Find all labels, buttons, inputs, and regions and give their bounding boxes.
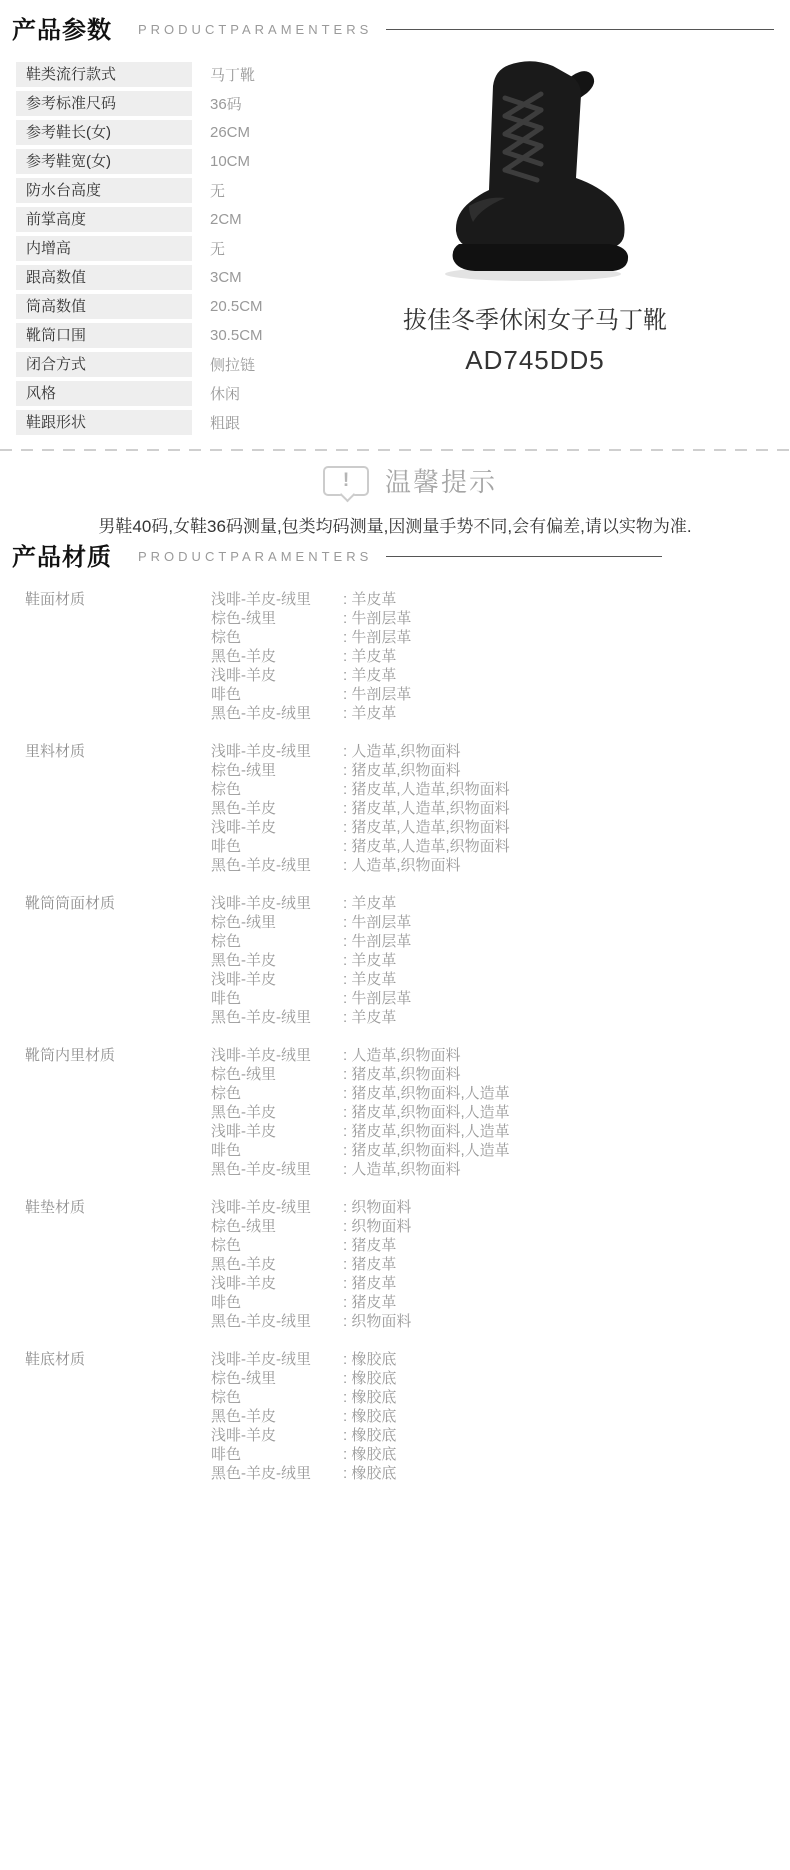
material-variant: 浅啡-羊皮-绒里 bbox=[211, 1198, 343, 1217]
material-variant: 黑色-羊皮 bbox=[211, 1103, 343, 1122]
spec-table: 鞋类流行款式 马丁靴 参考标准尺码 36码 参考鞋长(女) 26CM 参考鞋宽(… bbox=[16, 62, 376, 439]
material-variant: 棕色-绒里 bbox=[211, 609, 343, 628]
material-value: 猪皮革 bbox=[343, 1255, 396, 1274]
material-value: 猪皮革 bbox=[343, 1236, 396, 1255]
spec-value: 36码 bbox=[210, 93, 242, 114]
material-variant: 浅啡-羊皮-绒里 bbox=[211, 1350, 343, 1369]
material-line: 浅啡-羊皮-绒里人造革,织物面料 bbox=[211, 1046, 765, 1065]
material-line: 棕色-绒里牛剖层革 bbox=[211, 913, 765, 932]
material-variant: 棕色 bbox=[211, 1388, 343, 1407]
material-block: 靴筒内里材质 浅啡-羊皮-绒里人造革,织物面料 棕色-绒里猪皮革,织物面料 棕色… bbox=[25, 1046, 765, 1179]
spec-value: 30.5CM bbox=[210, 327, 263, 344]
material-line: 浅啡-羊皮-绒里人造革,织物面料 bbox=[211, 742, 765, 761]
material-label: 里料材质 bbox=[25, 742, 211, 761]
material-line: 棕色猪皮革 bbox=[211, 1236, 765, 1255]
material-label: 鞋垫材质 bbox=[25, 1198, 211, 1217]
material-value: 橡胶底 bbox=[343, 1407, 396, 1426]
material-value: 橡胶底 bbox=[343, 1426, 396, 1445]
material-value: 猪皮革,织物面料 bbox=[343, 1065, 461, 1084]
material-value: 牛剖层革 bbox=[343, 609, 411, 628]
material-variant: 棕色-绒里 bbox=[211, 1065, 343, 1084]
table-row: 参考鞋宽(女) 10CM bbox=[16, 149, 376, 174]
material-variant: 黑色-羊皮 bbox=[211, 951, 343, 970]
material-value: 羊皮革 bbox=[343, 666, 396, 685]
material-variant: 浅啡-羊皮-绒里 bbox=[211, 742, 343, 761]
material-value: 人造革,织物面料 bbox=[343, 1160, 461, 1179]
spec-label: 鞋类流行款式 bbox=[16, 62, 192, 87]
material-value: 织物面料 bbox=[343, 1217, 411, 1236]
material-line: 棕色-绒里猪皮革,织物面料 bbox=[211, 761, 765, 780]
notice-body: 男鞋40码,女鞋36码测量,包类均码测量,因测量手势不同,会有偏差,请以实物为准… bbox=[0, 512, 790, 537]
notice-section: ! 温馨提示 男鞋40码,女鞋36码测量,包类均码测量,因测量手势不同,会有偏差… bbox=[0, 462, 790, 537]
material-variant: 黑色-羊皮-绒里 bbox=[211, 856, 343, 875]
table-row: 靴筒口围 30.5CM bbox=[16, 323, 376, 348]
material-label: 鞋面材质 bbox=[25, 590, 211, 609]
material-line: 黑色-羊皮-绒里羊皮革 bbox=[211, 704, 765, 723]
material-value: 羊皮革 bbox=[343, 970, 396, 989]
product-panel: 拔佳冬季休闲女子马丁靴 AD745DD5 bbox=[390, 56, 680, 376]
material-value: 猪皮革,织物面料 bbox=[343, 761, 461, 780]
material-value: 猪皮革,人造革,织物面料 bbox=[343, 780, 510, 799]
material-value: 猪皮革,人造革,织物面料 bbox=[343, 837, 510, 856]
section-header-materials: 产品材质 PRODUCTPARAMENTERS bbox=[12, 537, 662, 572]
material-label: 靴筒内里材质 bbox=[25, 1046, 211, 1065]
material-variant: 棕色 bbox=[211, 628, 343, 647]
material-line: 黑色-羊皮-绒里人造革,织物面料 bbox=[211, 856, 765, 875]
material-value: 橡胶底 bbox=[343, 1388, 396, 1407]
material-variant: 浅啡-羊皮-绒里 bbox=[211, 894, 343, 913]
material-value: 橡胶底 bbox=[343, 1350, 396, 1369]
spec-label: 前掌高度 bbox=[16, 207, 192, 232]
material-lines: 浅啡-羊皮-绒里羊皮革 棕色-绒里牛剖层革 棕色牛剖层革 黑色-羊皮羊皮革 浅啡… bbox=[211, 894, 765, 1027]
material-variant: 棕色 bbox=[211, 1236, 343, 1255]
material-variant: 啡色 bbox=[211, 989, 343, 1008]
material-value: 猪皮革 bbox=[343, 1274, 396, 1293]
table-row: 前掌高度 2CM bbox=[16, 207, 376, 232]
spec-label: 靴筒口围 bbox=[16, 323, 192, 348]
material-label: 靴筒筒面材质 bbox=[25, 894, 211, 913]
material-line: 浅啡-羊皮猪皮革,织物面料,人造革 bbox=[211, 1122, 765, 1141]
material-line: 啡色猪皮革,织物面料,人造革 bbox=[211, 1141, 765, 1160]
material-block: 靴筒筒面材质 浅啡-羊皮-绒里羊皮革 棕色-绒里牛剖层革 棕色牛剖层革 黑色-羊… bbox=[25, 894, 765, 1027]
material-variant: 浅啡-羊皮 bbox=[211, 818, 343, 837]
material-value: 猪皮革,织物面料,人造革 bbox=[343, 1141, 510, 1160]
material-variant: 棕色 bbox=[211, 1084, 343, 1103]
spec-label: 闭合方式 bbox=[16, 352, 192, 377]
material-variant: 棕色-绒里 bbox=[211, 913, 343, 932]
material-variant: 黑色-羊皮-绒里 bbox=[211, 1312, 343, 1331]
materials-section: 鞋面材质 浅啡-羊皮-绒里羊皮革 棕色-绒里牛剖层革 棕色牛剖层革 黑色-羊皮羊… bbox=[25, 583, 765, 1502]
notice-title: 温馨提示 bbox=[385, 462, 497, 499]
material-line: 啡色橡胶底 bbox=[211, 1445, 765, 1464]
material-line: 棕色牛剖层革 bbox=[211, 628, 765, 647]
material-line: 棕色-绒里牛剖层革 bbox=[211, 609, 765, 628]
material-value: 猪皮革,人造革,织物面料 bbox=[343, 799, 510, 818]
spec-value: 休闲 bbox=[210, 383, 240, 404]
material-value: 羊皮革 bbox=[343, 590, 396, 609]
spec-value: 无 bbox=[210, 180, 225, 201]
material-value: 橡胶底 bbox=[343, 1445, 396, 1464]
product-image-boot bbox=[429, 56, 641, 284]
material-line: 浅啡-羊皮羊皮革 bbox=[211, 970, 765, 989]
material-line: 棕色牛剖层革 bbox=[211, 932, 765, 951]
spec-value: 2CM bbox=[210, 211, 242, 228]
material-line: 浅啡-羊皮橡胶底 bbox=[211, 1426, 765, 1445]
material-line: 黑色-羊皮猪皮革,织物面料,人造革 bbox=[211, 1103, 765, 1122]
spec-value: 20.5CM bbox=[210, 298, 263, 315]
material-value: 人造革,织物面料 bbox=[343, 742, 461, 761]
material-lines: 浅啡-羊皮-绒里羊皮革 棕色-绒里牛剖层革 棕色牛剖层革 黑色-羊皮羊皮革 浅啡… bbox=[211, 590, 765, 723]
material-line: 浅啡-羊皮猪皮革,人造革,织物面料 bbox=[211, 818, 765, 837]
table-row: 参考鞋长(女) 26CM bbox=[16, 120, 376, 145]
material-line: 啡色猪皮革 bbox=[211, 1293, 765, 1312]
material-value: 羊皮革 bbox=[343, 704, 396, 723]
material-variant: 浅啡-羊皮-绒里 bbox=[211, 1046, 343, 1065]
material-line: 浅啡-羊皮-绒里织物面料 bbox=[211, 1198, 765, 1217]
table-row: 风格 休闲 bbox=[16, 381, 376, 406]
table-row: 防水台高度 无 bbox=[16, 178, 376, 203]
material-variant: 啡色 bbox=[211, 1445, 343, 1464]
exclamation-bubble-icon: ! bbox=[323, 466, 369, 496]
material-variant: 棕色-绒里 bbox=[211, 1217, 343, 1236]
material-block: 鞋底材质 浅啡-羊皮-绒里橡胶底 棕色-绒里橡胶底 棕色橡胶底 黑色-羊皮橡胶底… bbox=[25, 1350, 765, 1483]
material-line: 棕色猪皮革,人造革,织物面料 bbox=[211, 780, 765, 799]
material-value: 猪皮革 bbox=[343, 1293, 396, 1312]
material-line: 黑色-羊皮猪皮革,人造革,织物面料 bbox=[211, 799, 765, 818]
section-title-zh: 产品参数 bbox=[12, 10, 112, 45]
section-header-parameters: 产品参数 PRODUCTPARAMENTERS bbox=[12, 10, 774, 45]
material-line: 棕色-绒里织物面料 bbox=[211, 1217, 765, 1236]
material-variant: 棕色 bbox=[211, 932, 343, 951]
material-line: 黑色-羊皮羊皮革 bbox=[211, 647, 765, 666]
material-value: 织物面料 bbox=[343, 1198, 411, 1217]
notice-header: ! 温馨提示 bbox=[0, 462, 790, 499]
material-line: 浅啡-羊皮-绒里羊皮革 bbox=[211, 894, 765, 913]
material-line: 棕色橡胶底 bbox=[211, 1388, 765, 1407]
material-block: 鞋垫材质 浅啡-羊皮-绒里织物面料 棕色-绒里织物面料 棕色猪皮革 黑色-羊皮猪… bbox=[25, 1198, 765, 1331]
table-row: 鞋类流行款式 马丁靴 bbox=[16, 62, 376, 87]
material-variant: 黑色-羊皮-绒里 bbox=[211, 1008, 343, 1027]
header-rule bbox=[386, 556, 662, 557]
material-line: 黑色-羊皮-绒里羊皮革 bbox=[211, 1008, 765, 1027]
material-line: 棕色-绒里橡胶底 bbox=[211, 1369, 765, 1388]
spec-value: 粗跟 bbox=[210, 412, 240, 433]
material-variant: 黑色-羊皮 bbox=[211, 799, 343, 818]
spec-value: 马丁靴 bbox=[210, 64, 255, 85]
material-line: 黑色-羊皮猪皮革 bbox=[211, 1255, 765, 1274]
spec-label: 筒高数值 bbox=[16, 294, 192, 319]
material-line: 浅啡-羊皮猪皮革 bbox=[211, 1274, 765, 1293]
material-value: 牛剖层革 bbox=[343, 685, 411, 704]
spec-label: 跟高数值 bbox=[16, 265, 192, 290]
material-value: 羊皮革 bbox=[343, 894, 396, 913]
table-row: 跟高数值 3CM bbox=[16, 265, 376, 290]
material-variant: 黑色-羊皮 bbox=[211, 1255, 343, 1274]
material-line: 黑色-羊皮橡胶底 bbox=[211, 1407, 765, 1426]
spec-value: 10CM bbox=[210, 153, 250, 170]
section-title-en: PRODUCTPARAMENTERS bbox=[138, 549, 372, 564]
table-row: 筒高数值 20.5CM bbox=[16, 294, 376, 319]
spec-label: 参考标准尺码 bbox=[16, 91, 192, 116]
product-name: 拔佳冬季休闲女子马丁靴 bbox=[390, 300, 680, 335]
material-variant: 黑色-羊皮-绒里 bbox=[211, 704, 343, 723]
material-value: 猪皮革,织物面料,人造革 bbox=[343, 1122, 510, 1141]
material-value: 羊皮革 bbox=[343, 647, 396, 666]
material-block: 鞋面材质 浅啡-羊皮-绒里羊皮革 棕色-绒里牛剖层革 棕色牛剖层革 黑色-羊皮羊… bbox=[25, 590, 765, 723]
material-value: 牛剖层革 bbox=[343, 628, 411, 647]
material-line: 棕色猪皮革,织物面料,人造革 bbox=[211, 1084, 765, 1103]
material-line: 啡色牛剖层革 bbox=[211, 989, 765, 1008]
material-variant: 黑色-羊皮-绒里 bbox=[211, 1464, 343, 1483]
material-variant: 黑色-羊皮-绒里 bbox=[211, 1160, 343, 1179]
material-variant: 棕色 bbox=[211, 780, 343, 799]
material-lines: 浅啡-羊皮-绒里织物面料 棕色-绒里织物面料 棕色猪皮革 黑色-羊皮猪皮革 浅啡… bbox=[211, 1198, 765, 1331]
material-value: 牛剖层革 bbox=[343, 989, 411, 1008]
material-line: 黑色-羊皮羊皮革 bbox=[211, 951, 765, 970]
material-variant: 啡色 bbox=[211, 1141, 343, 1160]
spec-value: 3CM bbox=[210, 269, 242, 286]
material-value: 猪皮革,人造革,织物面料 bbox=[343, 818, 510, 837]
material-variant: 黑色-羊皮 bbox=[211, 647, 343, 666]
spec-label: 防水台高度 bbox=[16, 178, 192, 203]
material-variant: 浅啡-羊皮-绒里 bbox=[211, 590, 343, 609]
material-line: 啡色猪皮革,人造革,织物面料 bbox=[211, 837, 765, 856]
table-row: 内增高 无 bbox=[16, 236, 376, 261]
material-value: 羊皮革 bbox=[343, 1008, 396, 1027]
material-line: 棕色-绒里猪皮革,织物面料 bbox=[211, 1065, 765, 1084]
table-row: 闭合方式 侧拉链 bbox=[16, 352, 376, 377]
material-label: 鞋底材质 bbox=[25, 1350, 211, 1369]
material-value: 牛剖层革 bbox=[343, 913, 411, 932]
spec-value: 无 bbox=[210, 238, 225, 259]
spec-label: 风格 bbox=[16, 381, 192, 406]
material-variant: 啡色 bbox=[211, 837, 343, 856]
material-value: 人造革,织物面料 bbox=[343, 856, 461, 875]
material-variant: 啡色 bbox=[211, 685, 343, 704]
material-variant: 啡色 bbox=[211, 1293, 343, 1312]
material-line: 黑色-羊皮-绒里织物面料 bbox=[211, 1312, 765, 1331]
spec-label: 内增高 bbox=[16, 236, 192, 261]
section-title-zh: 产品材质 bbox=[12, 537, 112, 572]
spec-label: 鞋跟形状 bbox=[16, 410, 192, 435]
section-title-en: PRODUCTPARAMENTERS bbox=[138, 22, 372, 37]
material-variant: 浅啡-羊皮 bbox=[211, 970, 343, 989]
material-line: 浅啡-羊皮羊皮革 bbox=[211, 666, 765, 685]
material-value: 猪皮革,织物面料,人造革 bbox=[343, 1084, 510, 1103]
material-line: 黑色-羊皮-绒里橡胶底 bbox=[211, 1464, 765, 1483]
material-line: 浅啡-羊皮-绒里橡胶底 bbox=[211, 1350, 765, 1369]
material-value: 织物面料 bbox=[343, 1312, 411, 1331]
material-value: 橡胶底 bbox=[343, 1464, 396, 1483]
material-value: 人造革,织物面料 bbox=[343, 1046, 461, 1065]
material-variant: 浅啡-羊皮 bbox=[211, 1274, 343, 1293]
material-variant: 棕色-绒里 bbox=[211, 761, 343, 780]
material-variant: 黑色-羊皮 bbox=[211, 1407, 343, 1426]
material-value: 橡胶底 bbox=[343, 1369, 396, 1388]
table-row: 鞋跟形状 粗跟 bbox=[16, 410, 376, 435]
product-code: AD745DD5 bbox=[390, 345, 680, 376]
material-line: 黑色-羊皮-绒里人造革,织物面料 bbox=[211, 1160, 765, 1179]
spec-label: 参考鞋长(女) bbox=[16, 120, 192, 145]
material-variant: 浅啡-羊皮 bbox=[211, 666, 343, 685]
spec-label: 参考鞋宽(女) bbox=[16, 149, 192, 174]
spec-value: 26CM bbox=[210, 124, 250, 141]
material-line: 浅啡-羊皮-绒里羊皮革 bbox=[211, 590, 765, 609]
material-lines: 浅啡-羊皮-绒里人造革,织物面料 棕色-绒里猪皮革,织物面料 棕色猪皮革,织物面… bbox=[211, 1046, 765, 1179]
dashed-divider bbox=[0, 449, 790, 451]
spec-value: 侧拉链 bbox=[210, 354, 255, 375]
material-value: 羊皮革 bbox=[343, 951, 396, 970]
material-lines: 浅啡-羊皮-绒里人造革,织物面料 棕色-绒里猪皮革,织物面料 棕色猪皮革,人造革… bbox=[211, 742, 765, 875]
material-line: 啡色牛剖层革 bbox=[211, 685, 765, 704]
material-value: 猪皮革,织物面料,人造革 bbox=[343, 1103, 510, 1122]
material-value: 牛剖层革 bbox=[343, 932, 411, 951]
material-block: 里料材质 浅啡-羊皮-绒里人造革,织物面料 棕色-绒里猪皮革,织物面料 棕色猪皮… bbox=[25, 742, 765, 875]
header-rule bbox=[386, 29, 774, 30]
material-variant: 棕色-绒里 bbox=[211, 1369, 343, 1388]
table-row: 参考标准尺码 36码 bbox=[16, 91, 376, 116]
material-variant: 浅啡-羊皮 bbox=[211, 1122, 343, 1141]
material-lines: 浅啡-羊皮-绒里橡胶底 棕色-绒里橡胶底 棕色橡胶底 黑色-羊皮橡胶底 浅啡-羊… bbox=[211, 1350, 765, 1483]
material-variant: 浅啡-羊皮 bbox=[211, 1426, 343, 1445]
